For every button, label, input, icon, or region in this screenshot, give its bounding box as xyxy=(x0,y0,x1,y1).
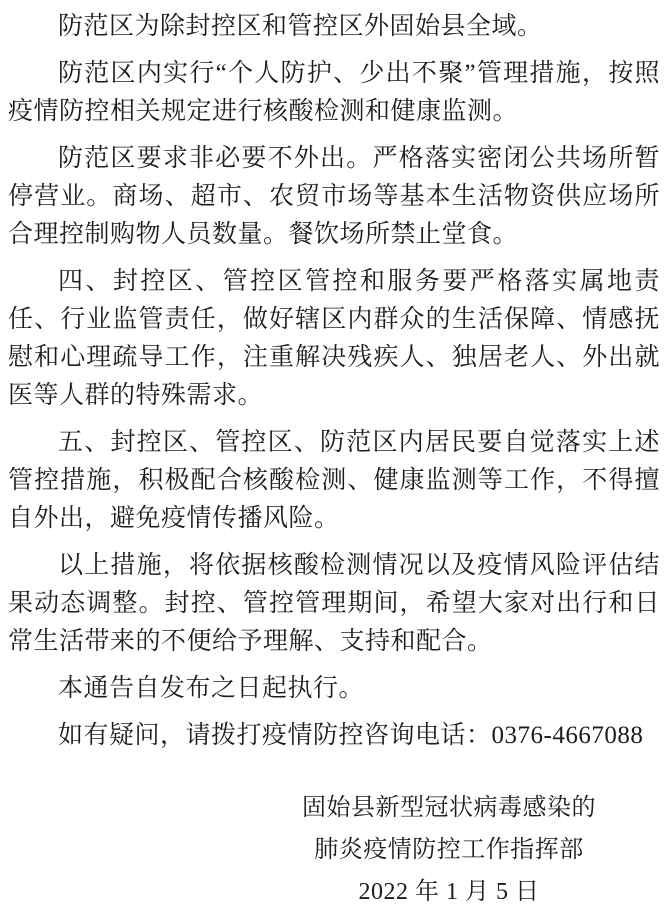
paragraph-fangfanqu-scope: 防范区为除封控区和管控区外固始县全域。 xyxy=(8,8,660,46)
paragraph-hotline: 如有疑问，请拨打疫情防控咨询电话：0376-4667088 xyxy=(8,717,660,755)
notice-page: 防范区为除封控区和管控区外固始县全域。 防范区内实行“个人防护、少出不聚”管理措… xyxy=(0,0,671,917)
signature-org-line-2: 肺炎疫情防控工作指挥部 xyxy=(302,829,596,871)
signature-block: 固始县新型冠状病毒感染的 肺炎疫情防控工作指挥部 2022 年 1 月 5 日 xyxy=(302,787,596,913)
signature-date: 2022 年 1 月 5 日 xyxy=(302,871,596,913)
paragraph-fangfanqu-requirements: 防范区要求非必要不外出。严格落实密闭公共场所暂停营业。商场、超市、农贸市场等基本… xyxy=(8,140,660,254)
paragraph-item-four: 四、封控区、管控区管控和服务要严格落实属地责任、行业监管责任，做好辖区内群众的生… xyxy=(8,263,660,415)
paragraph-fangfanqu-measures: 防范区内实行“个人防护、少出不聚”管理措施，按照疫情防控相关规定进行核酸检测和健… xyxy=(8,55,660,131)
paragraph-effective-date: 本通告自发布之日起执行。 xyxy=(8,670,660,708)
paragraph-item-five: 五、封控区、管控区、防范区内居民要自觉落实上述管控措施，积极配合核酸检测、健康监… xyxy=(8,424,660,538)
paragraph-dynamic-adjustment: 以上措施，将依据核酸检测情况以及疫情风险评估结果动态调整。封控、管控管理期间，希… xyxy=(8,547,660,661)
signature-org-line-1: 固始县新型冠状病毒感染的 xyxy=(302,787,596,829)
